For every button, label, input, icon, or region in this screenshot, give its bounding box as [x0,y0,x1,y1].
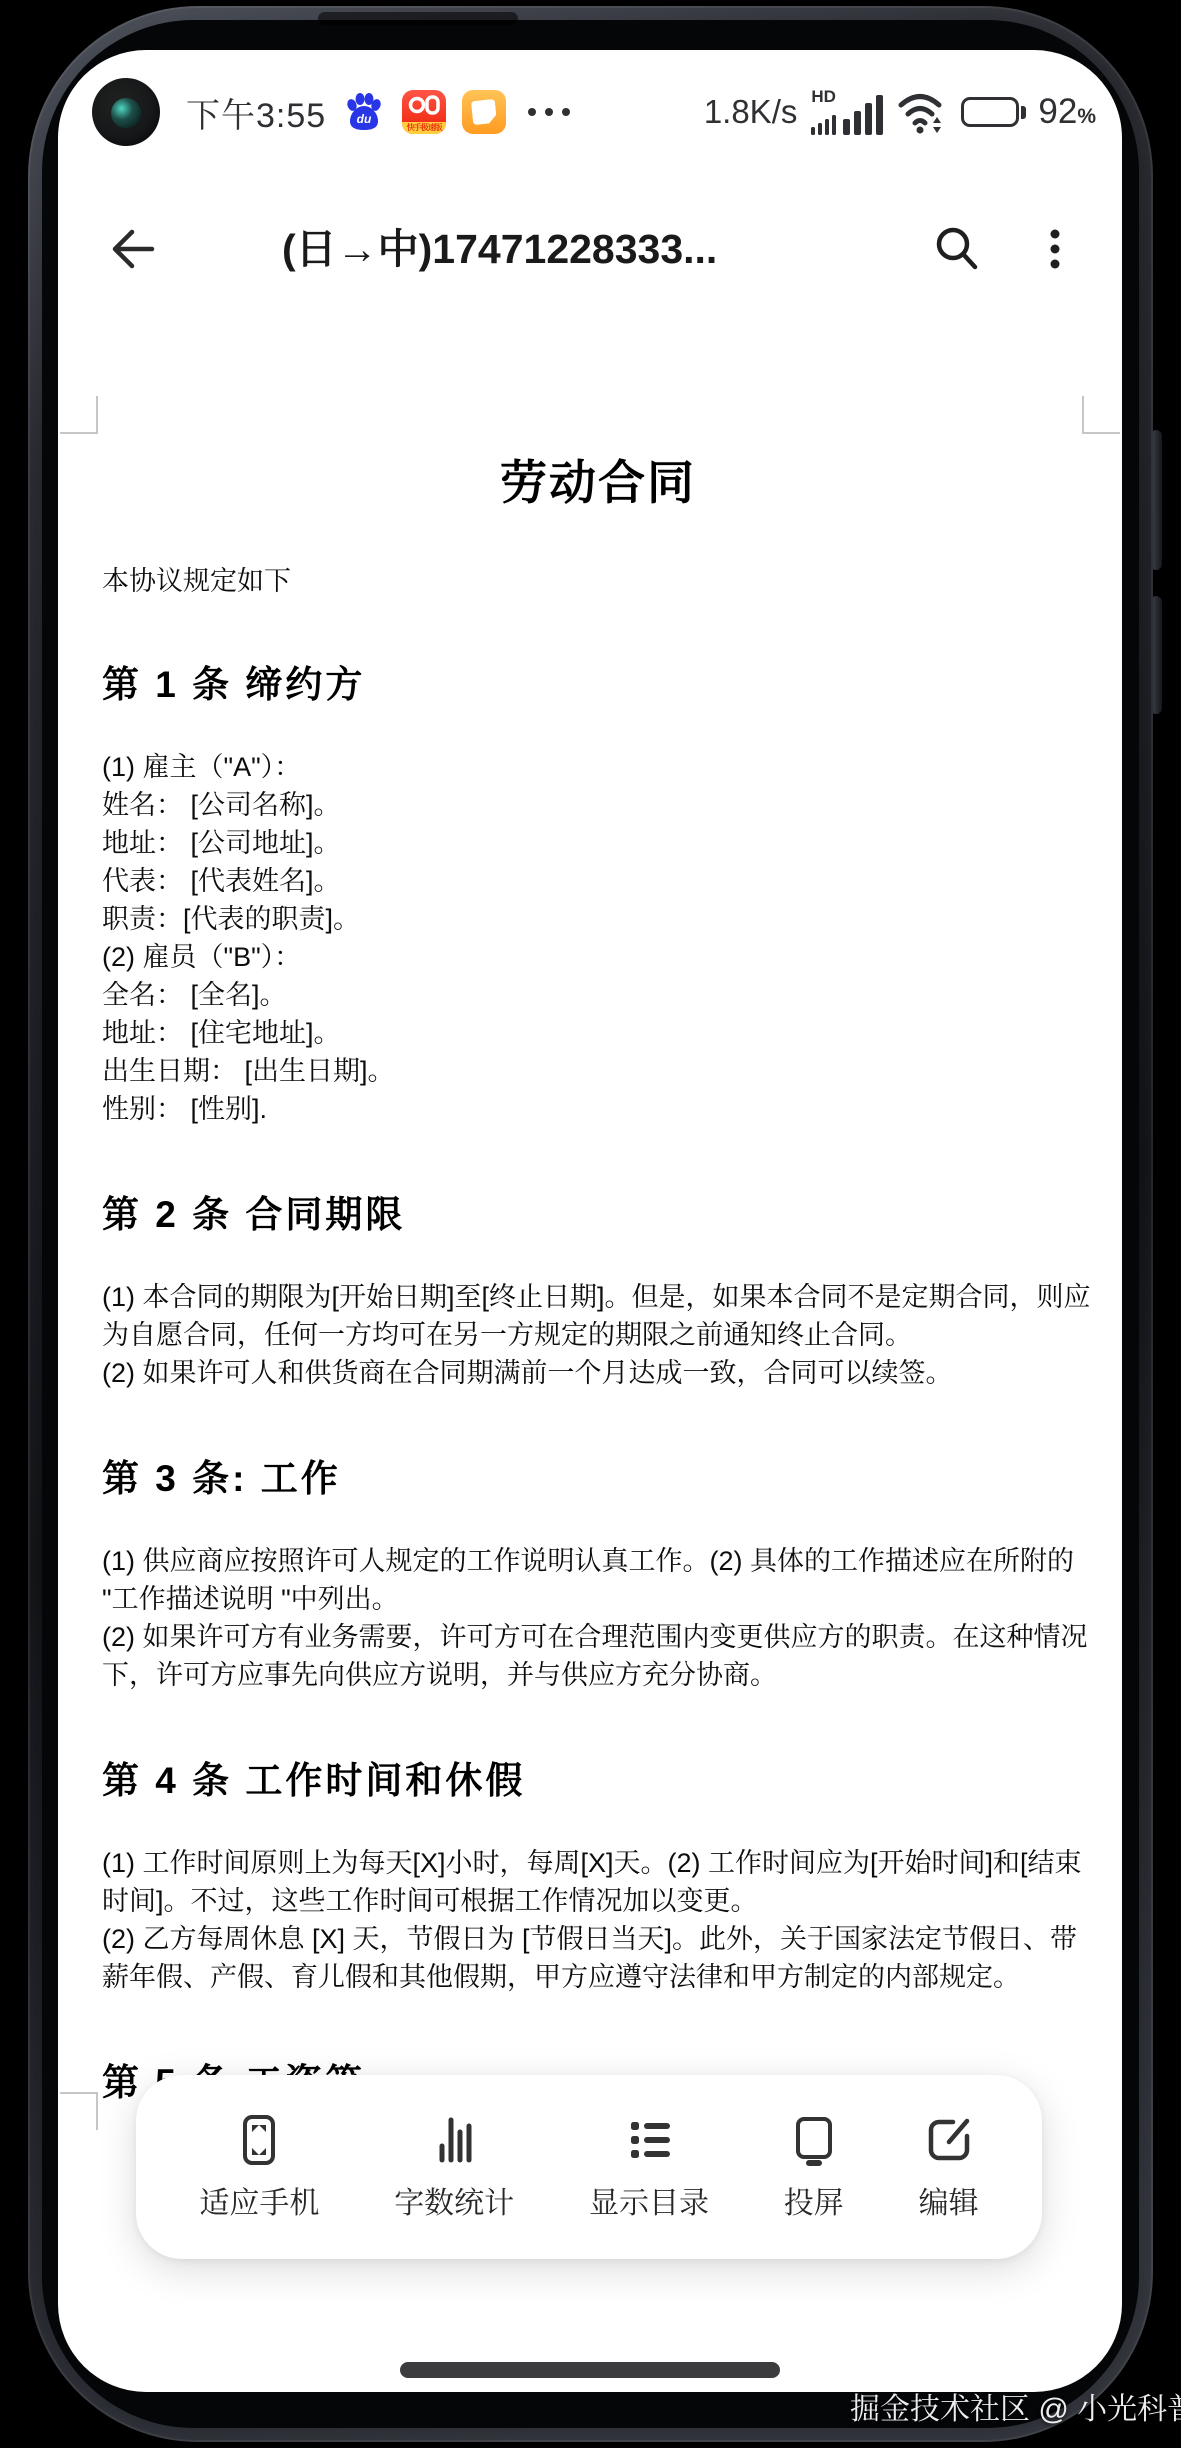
section-1-heading: 第 1 条 缔约方 [102,654,1094,708]
section-2-heading: 第 2 条 合同期限 [102,1184,1094,1238]
word-count-icon [426,2112,482,2168]
table-of-contents-icon [621,2112,677,2168]
bottom-toolbar: 适应手机 字数统计 [136,2075,1042,2259]
section-2-body: (1) 本合同的期限为[开始日期]至[终止日期]。但是，如果本合同不是定期合同，… [102,1278,1094,1392]
fit-to-phone-icon [231,2112,287,2168]
toolbar-label: 投屏 [784,2178,844,2222]
phone-screen: 下午3:55 du [58,50,1122,2392]
edit-button[interactable]: 编辑 [919,2112,979,2222]
toolbar-label: 编辑 [919,2178,979,2222]
screenshot-stage: 下午3:55 du [0,0,1181,2448]
contract-title: 劳动合同 [102,446,1094,513]
toolbar-label: 显示目录 [589,2178,709,2222]
toolbar-label: 适应手机 [199,2178,319,2222]
cast-screen-icon [786,2112,842,2168]
fit-to-phone-button[interactable]: 适应手机 [199,2112,319,2222]
earpiece-speaker-slot [318,12,518,25]
phone-frame: 下午3:55 du [28,6,1153,2442]
section-3-heading: 第 3 条: 工作 [102,1448,1094,1502]
section-4-heading: 第 4 条 工作时间和休假 [102,1750,1094,1804]
home-indicator[interactable] [400,2362,780,2378]
section-1-body: (1) 雇主（"A"）： 姓名： [公司名称]。 地址： [公司地址]。 代表：… [102,748,1094,1128]
show-toc-button[interactable]: 显示目录 [589,2112,709,2222]
section-4-body: (1) 工作时间原则上为每天[X]小时，每周[X]天。(2) 工作时间应为[开始… [102,1844,1094,1996]
toolbar-label: 字数统计 [394,2178,514,2222]
word-count-button[interactable]: 字数统计 [394,2112,514,2222]
edit-icon [921,2112,977,2168]
contract-intro: 本协议规定如下 [102,559,1094,598]
watermark-text: 掘金技术社区 @ 小光科普 [850,2384,1181,2428]
cast-screen-button[interactable]: 投屏 [784,2112,844,2222]
section-3-body: (1) 供应商应按照许可人规定的工作说明认真工作。(2) 具体的工作描述应在所附… [102,1542,1094,1694]
document-viewport[interactable]: 劳动合同 本协议规定如下 第 1 条 缔约方 (1) 雇主（"A"）： 姓名： … [58,50,1122,2106]
